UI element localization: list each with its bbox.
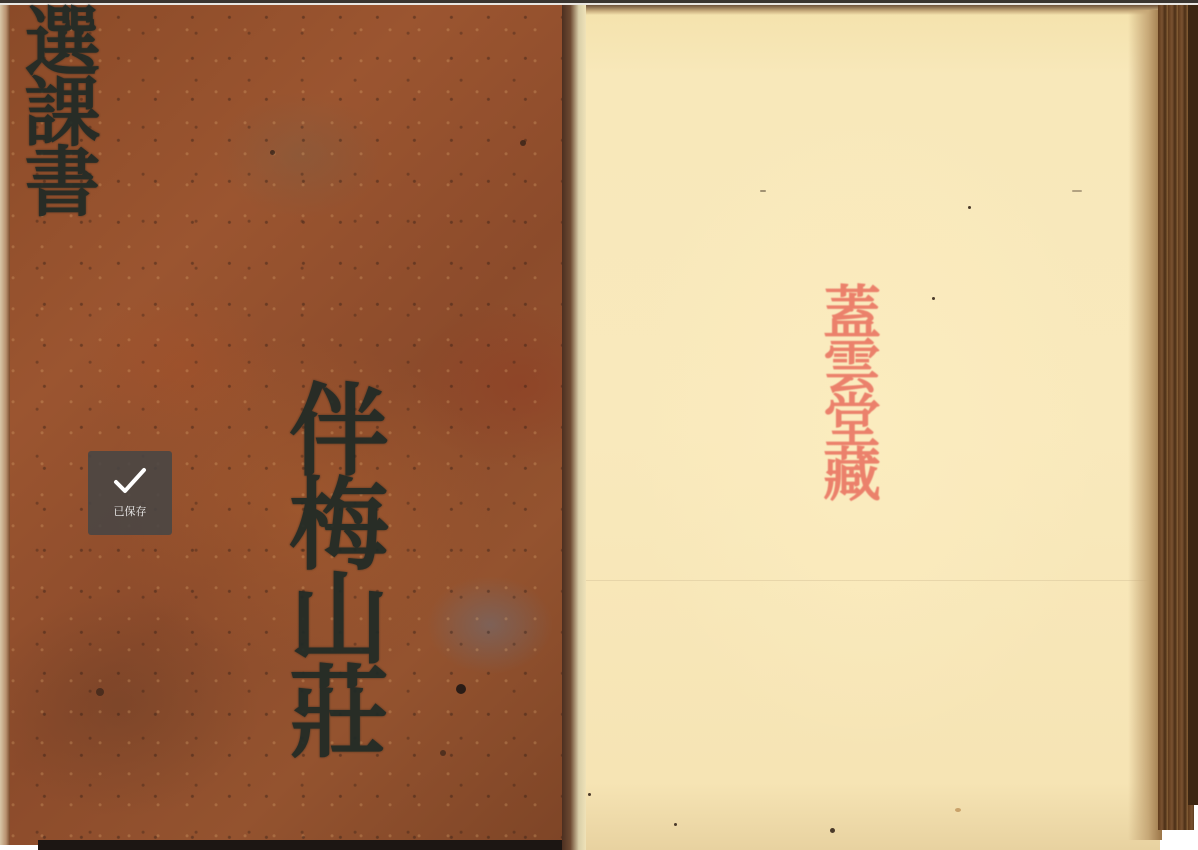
cover-spot [270, 150, 275, 155]
saved-toast: 已保存 [88, 451, 172, 535]
cover-title-large: 伴梅山莊 [272, 378, 390, 754]
cover-bottom-shadow [38, 840, 578, 850]
cover-spot [440, 750, 446, 756]
red-seal-stamp: 蓋雲堂藏 [802, 282, 882, 498]
cover-spot [520, 140, 526, 146]
page-stack-tip [1188, 5, 1198, 805]
page-fleck [1072, 190, 1082, 192]
page-right-edge [1128, 10, 1162, 840]
cover-left-edge [0, 5, 10, 845]
book-photo: 選課書 伴梅山莊 蓋雲堂藏 [0, 0, 1198, 850]
page-fleck [955, 808, 961, 812]
checkmark-icon [112, 465, 148, 497]
page-fleck [830, 828, 835, 833]
saved-label: 已保存 [114, 505, 147, 519]
page-fleck [968, 206, 971, 209]
cover-spot [96, 688, 104, 696]
page-fleck [588, 793, 591, 796]
page-fleck [674, 823, 677, 826]
book-gutter [562, 5, 586, 850]
cover-title-small: 選課書 [10, 2, 102, 212]
page-top-edge [578, 5, 1168, 15]
cover-spot [456, 684, 466, 694]
page-fleck [760, 190, 766, 192]
page-fleck [932, 297, 935, 300]
